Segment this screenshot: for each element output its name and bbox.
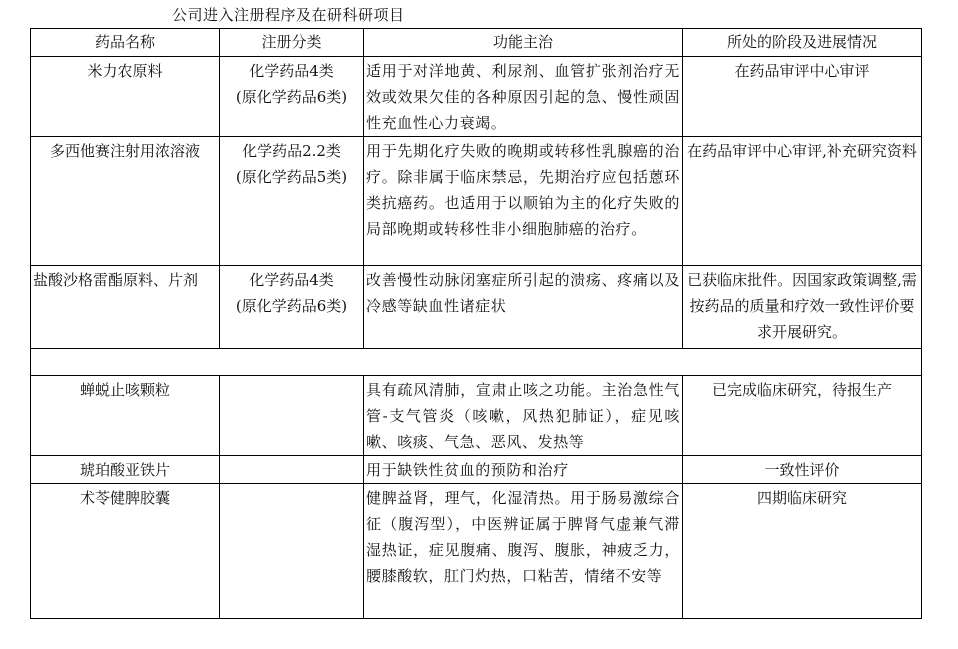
header-drug-name: 药品名称	[31, 29, 220, 57]
status-cell: 已完成临床研究，待报生产	[683, 376, 922, 456]
registration-category-cell	[220, 456, 364, 484]
header-indication: 功能主治	[364, 29, 683, 57]
document-title: 公司进入注册程序及在研科研项目	[172, 4, 405, 26]
table-row: 盐酸沙格雷酯原料、片剂 化学药品4类 (原化学药品6类) 改善慢性动脉闭塞症所引…	[31, 266, 922, 349]
category-original-line: (原化学药品5类)	[222, 164, 361, 190]
registration-category-cell	[220, 376, 364, 456]
status-cell: 已获临床批件。因国家政策调整,需按药品的质量和疗效一致性评价要求开展研究。	[683, 266, 922, 349]
drug-name-cell: 米力农原料	[31, 57, 220, 137]
drug-name-cell: 盐酸沙格雷酯原料、片剂	[31, 266, 220, 349]
empty-separator-row	[31, 349, 922, 376]
status-cell: 在药品审评中心审评	[683, 57, 922, 137]
category-line: 化学药品4类	[222, 267, 361, 293]
drug-name-cell: 蝉蜕止咳颗粒	[31, 376, 220, 456]
table-row: 米力农原料 化学药品4类 (原化学药品6类) 适用于对洋地黄、利尿剂、血管扩张剂…	[31, 57, 922, 137]
registration-category-cell	[220, 484, 364, 619]
indication-cell: 改善慢性动脉闭塞症所引起的溃疡、疼痛以及冷感等缺血性诸症状	[364, 266, 683, 349]
indication-cell: 具有疏风清肺，宣肃止咳之功能。主治急性气管-支气管炎（咳嗽，风热犯肺证），症见咳…	[364, 376, 683, 456]
drug-name-cell: 多西他赛注射用浓溶液	[31, 137, 220, 266]
drug-name-cell: 琥珀酸亚铁片	[31, 456, 220, 484]
indication-cell: 适用于对洋地黄、利尿剂、血管扩张剂治疗无效或效果欠佳的各种原因引起的急、慢性顽固…	[364, 57, 683, 137]
registration-projects-table: 药品名称 注册分类 功能主治 所处的阶段及进展情况 米力农原料 化学药品4类 (…	[30, 28, 922, 619]
table-row: 多西他赛注射用浓溶液 化学药品2.2类 (原化学药品5类) 用于先期化疗失败的晚…	[31, 137, 922, 266]
drug-name-cell: 术苓健脾胶囊	[31, 484, 220, 619]
header-status: 所处的阶段及进展情况	[683, 29, 922, 57]
status-cell: 在药品审评中心审评,补充研究资料	[683, 137, 922, 266]
indication-cell: 用于先期化疗失败的晚期或转移性乳腺癌的治疗。除非属于临床禁忌，先期治疗应包括蒽环…	[364, 137, 683, 266]
header-registration-category: 注册分类	[220, 29, 364, 57]
registration-category-cell: 化学药品2.2类 (原化学药品5类)	[220, 137, 364, 266]
table-row: 琥珀酸亚铁片 用于缺铁性贫血的预防和治疗 一致性评价	[31, 456, 922, 484]
indication-cell: 用于缺铁性贫血的预防和治疗	[364, 456, 683, 484]
indication-cell: 健脾益肾，理气，化湿清热。用于肠易激综合征（腹泻型），中医辨证属于脾肾气虚兼气滞…	[364, 484, 683, 619]
empty-cell	[31, 349, 922, 376]
table-row: 术苓健脾胶囊 健脾益肾，理气，化湿清热。用于肠易激综合征（腹泻型），中医辨证属于…	[31, 484, 922, 619]
category-line: 化学药品2.2类	[222, 138, 361, 164]
registration-category-cell: 化学药品4类 (原化学药品6类)	[220, 266, 364, 349]
category-original-line: (原化学药品6类)	[222, 293, 361, 319]
category-line: 化学药品4类	[222, 58, 361, 84]
registration-category-cell: 化学药品4类 (原化学药品6类)	[220, 57, 364, 137]
status-cell: 一致性评价	[683, 456, 922, 484]
status-cell: 四期临床研究	[683, 484, 922, 619]
category-original-line: (原化学药品6类)	[222, 84, 361, 110]
table-header-row: 药品名称 注册分类 功能主治 所处的阶段及进展情况	[31, 29, 922, 57]
table-row: 蝉蜕止咳颗粒 具有疏风清肺，宣肃止咳之功能。主治急性气管-支气管炎（咳嗽，风热犯…	[31, 376, 922, 456]
